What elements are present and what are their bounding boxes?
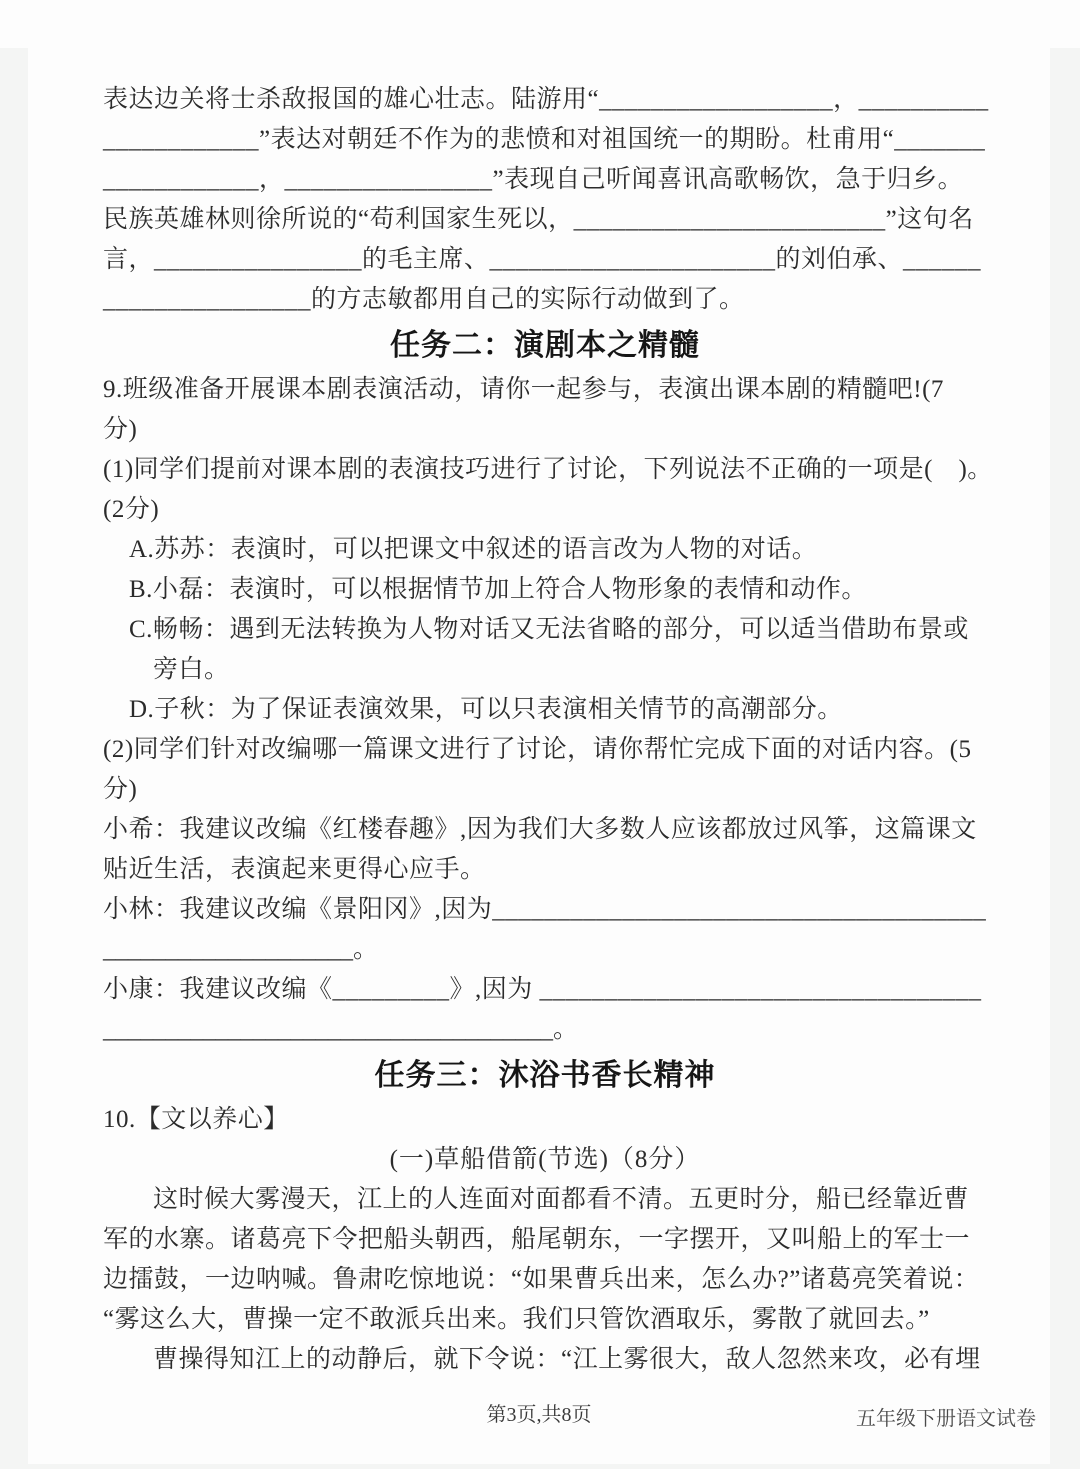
dialog-xiaoxi-line: 小希：我建议改编《红楼春趣》,因为我们大多数人应该都放过风筝，这篇课文: [103, 810, 987, 850]
intro-line: 民族英雄林则徐所说的“苟利国家生死以，_____________________…: [103, 200, 987, 240]
passage-line: 这时候大雾漫天，江上的人连面对面都看不清。五更时分，船已经靠近曹: [103, 1180, 987, 1220]
option-a: A.苏苏：表演时，可以把课文中叙述的语言改为人物的对话。: [103, 530, 987, 570]
page-content: 表达边关将士杀敌报国的雄心壮志。陆游用“__________________，_…: [28, 0, 1050, 1380]
reading-title: (一)草船借箭(节选)（8分）: [103, 1140, 987, 1180]
intro-line: ____________，________________”表现自己听闻喜讯高歌…: [103, 160, 987, 200]
exam-title-footer: 五年级下册语文试卷: [856, 1402, 1036, 1431]
question-9: 9.班级准备开展课本剧表演活动，请你一起参与，表演出课本剧的精髓吧!(7 分) …: [103, 370, 987, 1050]
task3-heading: 任务三：沐浴书香长精神: [103, 1054, 987, 1098]
reading-passage: 这时候大雾漫天，江上的人连面对面都看不清。五更时分，船已经靠近曹 军的水寨。诸葛…: [103, 1180, 987, 1380]
task2-heading: 任务二：演剧本之精髓: [103, 324, 987, 368]
q9-sub2-line: (2)同学们针对改编哪一篇课文进行了讨论，请你帮忙完成下面的对话内容。(5: [103, 730, 987, 770]
intro-paragraph: 表达边关将士杀敌报国的雄心壮志。陆游用“__________________，_…: [103, 80, 987, 320]
passage-line: 边擂鼓，一边呐喊。鲁肃吃惊地说：“如果曹兵出来，怎么办?”诸葛亮笑着说：: [103, 1260, 987, 1300]
exam-page: 表达边关将士杀敌报国的雄心壮志。陆游用“__________________，_…: [28, 0, 1050, 1464]
q9-sub1-line: (2分): [103, 490, 987, 530]
passage-line: 军的水寨。诸葛亮下令把船头朝西，船尾朝东，一字摆开，又叫船上的军士一: [103, 1220, 987, 1260]
q9-sub2-line: 分): [103, 770, 987, 810]
dialog-xiaokang-blank: ____________________________________。: [103, 1010, 987, 1050]
dialog-xiaokang-line: 小康：我建议改编《_________》,因为 _________________…: [103, 970, 987, 1010]
dialog-xiaolin-line: 小林：我建议改编《景阳冈》,因为________________________…: [103, 890, 987, 930]
passage-line: 曹操得知江上的动静后，就下令说：“江上雾很大，敌人忽然来攻，必有埋: [103, 1340, 987, 1380]
question-10: 10.【文以养心】 (一)草船借箭(节选)（8分） 这时候大雾漫天，江上的人连面…: [103, 1100, 987, 1380]
intro-line: ________________的方志敏都用自己的实际行动做到了。: [103, 280, 987, 320]
option-c: C.畅畅：遇到无法转换为人物对话又无法省略的部分，可以适当借助布景或: [103, 610, 987, 650]
passage-line: “雾这么大，曹操一定不敢派兵出来。我们只管饮酒取乐，雾散了就回去。”: [103, 1300, 987, 1340]
option-b: B.小磊：表演时，可以根据情节加上符合人物形象的表情和动作。: [103, 570, 987, 610]
q10-label: 10.【文以养心】: [103, 1100, 987, 1140]
q9-sub1-line: (1)同学们提前对课本剧的表演技巧进行了讨论，下列说法不正确的一项是( )。: [103, 450, 987, 490]
intro-line: ____________”表达对朝廷不作为的悲愤和对祖国统一的期盼。杜甫用“__…: [103, 120, 987, 160]
q9-options: A.苏苏：表演时，可以把课文中叙述的语言改为人物的对话。 B.小磊：表演时，可以…: [103, 530, 987, 730]
intro-line: 表达边关将士杀敌报国的雄心壮志。陆游用“__________________，_…: [103, 80, 987, 120]
intro-line: 言，________________的毛主席、_________________…: [103, 240, 987, 280]
dialog-xiaoxi-line: 贴近生活，表演起来更得心应手。: [103, 850, 987, 890]
scanned-exam-screenshot: 表达边关将士杀敌报国的雄心壮志。陆游用“__________________，_…: [0, 0, 1080, 1469]
q9-dialog: 小希：我建议改编《红楼春趣》,因为我们大多数人应该都放过风筝，这篇课文 贴近生活…: [103, 810, 987, 1050]
option-c-wrap: 旁白。: [103, 650, 987, 690]
dialog-xiaolin-blank: ____________________。: [103, 930, 987, 970]
q9-stem-line: 9.班级准备开展课本剧表演活动，请你一起参与，表演出课本剧的精髓吧!(7: [103, 370, 987, 410]
q9-stem-line: 分): [103, 410, 987, 450]
option-d: D.子秋：为了保证表演效果，可以只表演相关情节的高潮部分。: [103, 690, 987, 730]
